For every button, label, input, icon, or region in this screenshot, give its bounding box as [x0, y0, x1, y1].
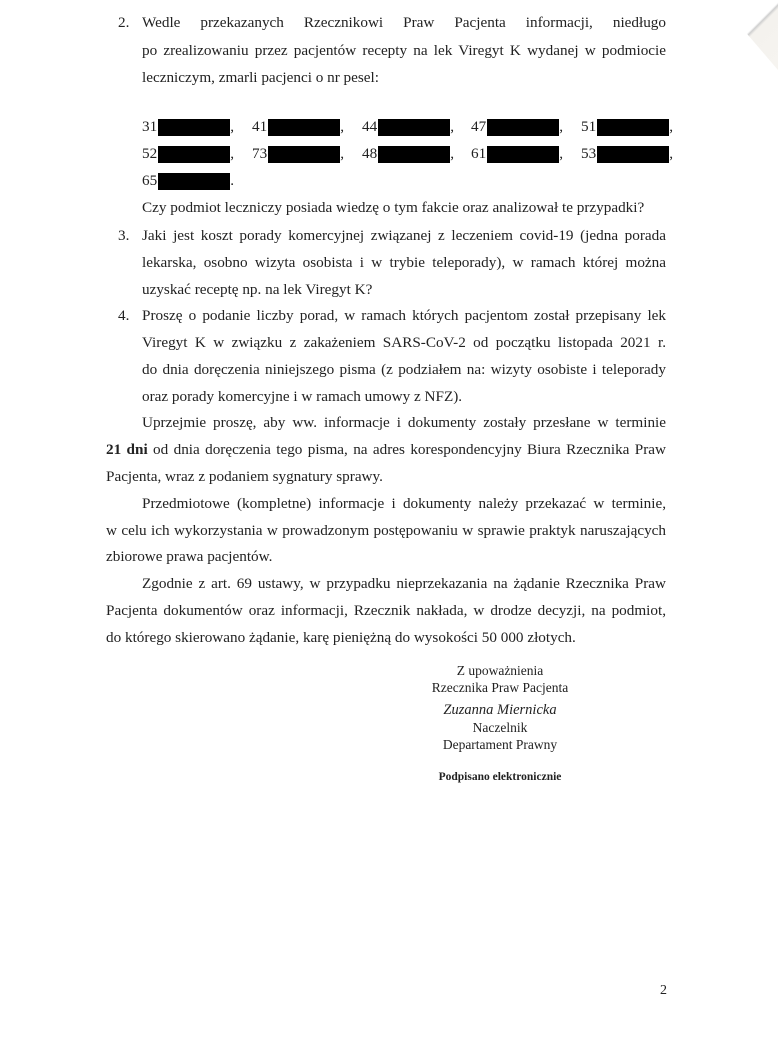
- para-1-line-3: Pacjenta, wraz z podaniem sygnatury spra…: [106, 467, 383, 487]
- para-3-line-2: Pacjenta dokumentów oraz informacji, Rze…: [106, 601, 666, 621]
- item-2-line-2: po zrealizowaniu przez pacjentów recepty…: [142, 41, 666, 61]
- redaction-bar: [158, 146, 230, 163]
- redaction-bar: [597, 146, 669, 163]
- redaction-bar: [378, 119, 450, 136]
- page-curl: [718, 0, 778, 70]
- signature-office: Rzecznika Praw Pacjenta: [400, 680, 600, 696]
- pesel-row-3: 65.: [142, 171, 672, 193]
- pesel-entry: 41,: [252, 117, 344, 137]
- pesel-entry: 61,: [471, 144, 563, 164]
- item-4-line-1: Proszę o podanie liczby porad, w ramach …: [142, 306, 666, 326]
- item-3-line-3: uzyskać receptę np. na lek Viregyt K?: [142, 280, 372, 300]
- para-3-line-3: do którego skierowano żądanie, karę pien…: [106, 628, 576, 648]
- para-2-line-1: Przedmiotowe (kompletne) informacje i do…: [142, 494, 666, 514]
- deadline-term: 21 dni: [106, 441, 148, 458]
- pesel-entry: 52,: [142, 144, 234, 164]
- redaction-bar: [268, 146, 340, 163]
- item-2-line-1: Wedle przekazanych Rzecznikowi Praw Pacj…: [142, 13, 666, 33]
- para-2-line-2: w celu ich wykorzystania w prowadzonym p…: [106, 521, 666, 541]
- redaction-bar: [158, 119, 230, 136]
- item-3-line-2: lekarska, osobno wizyta osobista i w try…: [142, 253, 666, 273]
- redaction-bar: [597, 119, 669, 136]
- para-3-line-1: Zgodnie z art. 69 ustawy, w przypadku ni…: [142, 574, 666, 594]
- e-signature-note: Podpisano elektronicznie: [400, 769, 600, 785]
- redaction-bar: [158, 173, 230, 190]
- item-2-line-3: leczniczym, zmarli pacjenci o nr pesel:: [142, 68, 379, 88]
- pesel-entry: 73,: [252, 144, 344, 164]
- item-4-number: 4.: [118, 306, 129, 326]
- pesel-entry: 31,: [142, 117, 234, 137]
- pesel-entry: 44,: [362, 117, 454, 137]
- pesel-entry: 53,: [581, 144, 673, 164]
- signatory-department: Departament Prawny: [400, 737, 600, 753]
- item-3-number: 3.: [118, 226, 129, 246]
- pesel-row-2: 52, 73, 48, 61, 53,: [142, 144, 672, 166]
- redaction-bar: [378, 146, 450, 163]
- page-number: 2: [660, 981, 667, 1001]
- para-2-line-3: zbiorowe prawa pacjentów.: [106, 547, 272, 567]
- item-3-line-1: Jaki jest koszt porady komercyjnej związ…: [142, 226, 666, 246]
- para-1-line-2: 21 dni od dnia doręczenia tego pisma, na…: [106, 440, 666, 460]
- item-4-line-4: oraz porady komercyjne i w ramach umowy …: [142, 387, 462, 407]
- item-2-question: Czy podmiot leczniczy posiada wiedzę o t…: [142, 198, 644, 218]
- redaction-bar: [487, 119, 559, 136]
- pesel-row-1: 31, 41, 44, 47, 51,: [142, 117, 672, 139]
- pesel-entry: 51,: [581, 117, 673, 137]
- signatory-position: Naczelnik: [400, 720, 600, 736]
- pesel-entry: 48,: [362, 144, 454, 164]
- para-1-line-1: Uprzejmie proszę, aby ww. informacje i d…: [142, 413, 666, 433]
- redaction-bar: [268, 119, 340, 136]
- pesel-entry: 47,: [471, 117, 563, 137]
- document-page: 2. Wedle przekazanych Rzecznikowi Praw P…: [0, 0, 778, 1041]
- redaction-bar: [487, 146, 559, 163]
- item-2-number: 2.: [118, 13, 129, 33]
- item-4-line-2: Viregyt K w związku z zakażeniem SARS-Co…: [142, 333, 666, 353]
- item-4-line-3: do dnia doręczenia niniejszego pisma (z …: [142, 360, 666, 380]
- pesel-entry: 65.: [142, 171, 234, 191]
- signatory-name: Zuzanna Miernicka: [400, 702, 600, 718]
- signature-authorization: Z upoważnienia: [400, 663, 600, 679]
